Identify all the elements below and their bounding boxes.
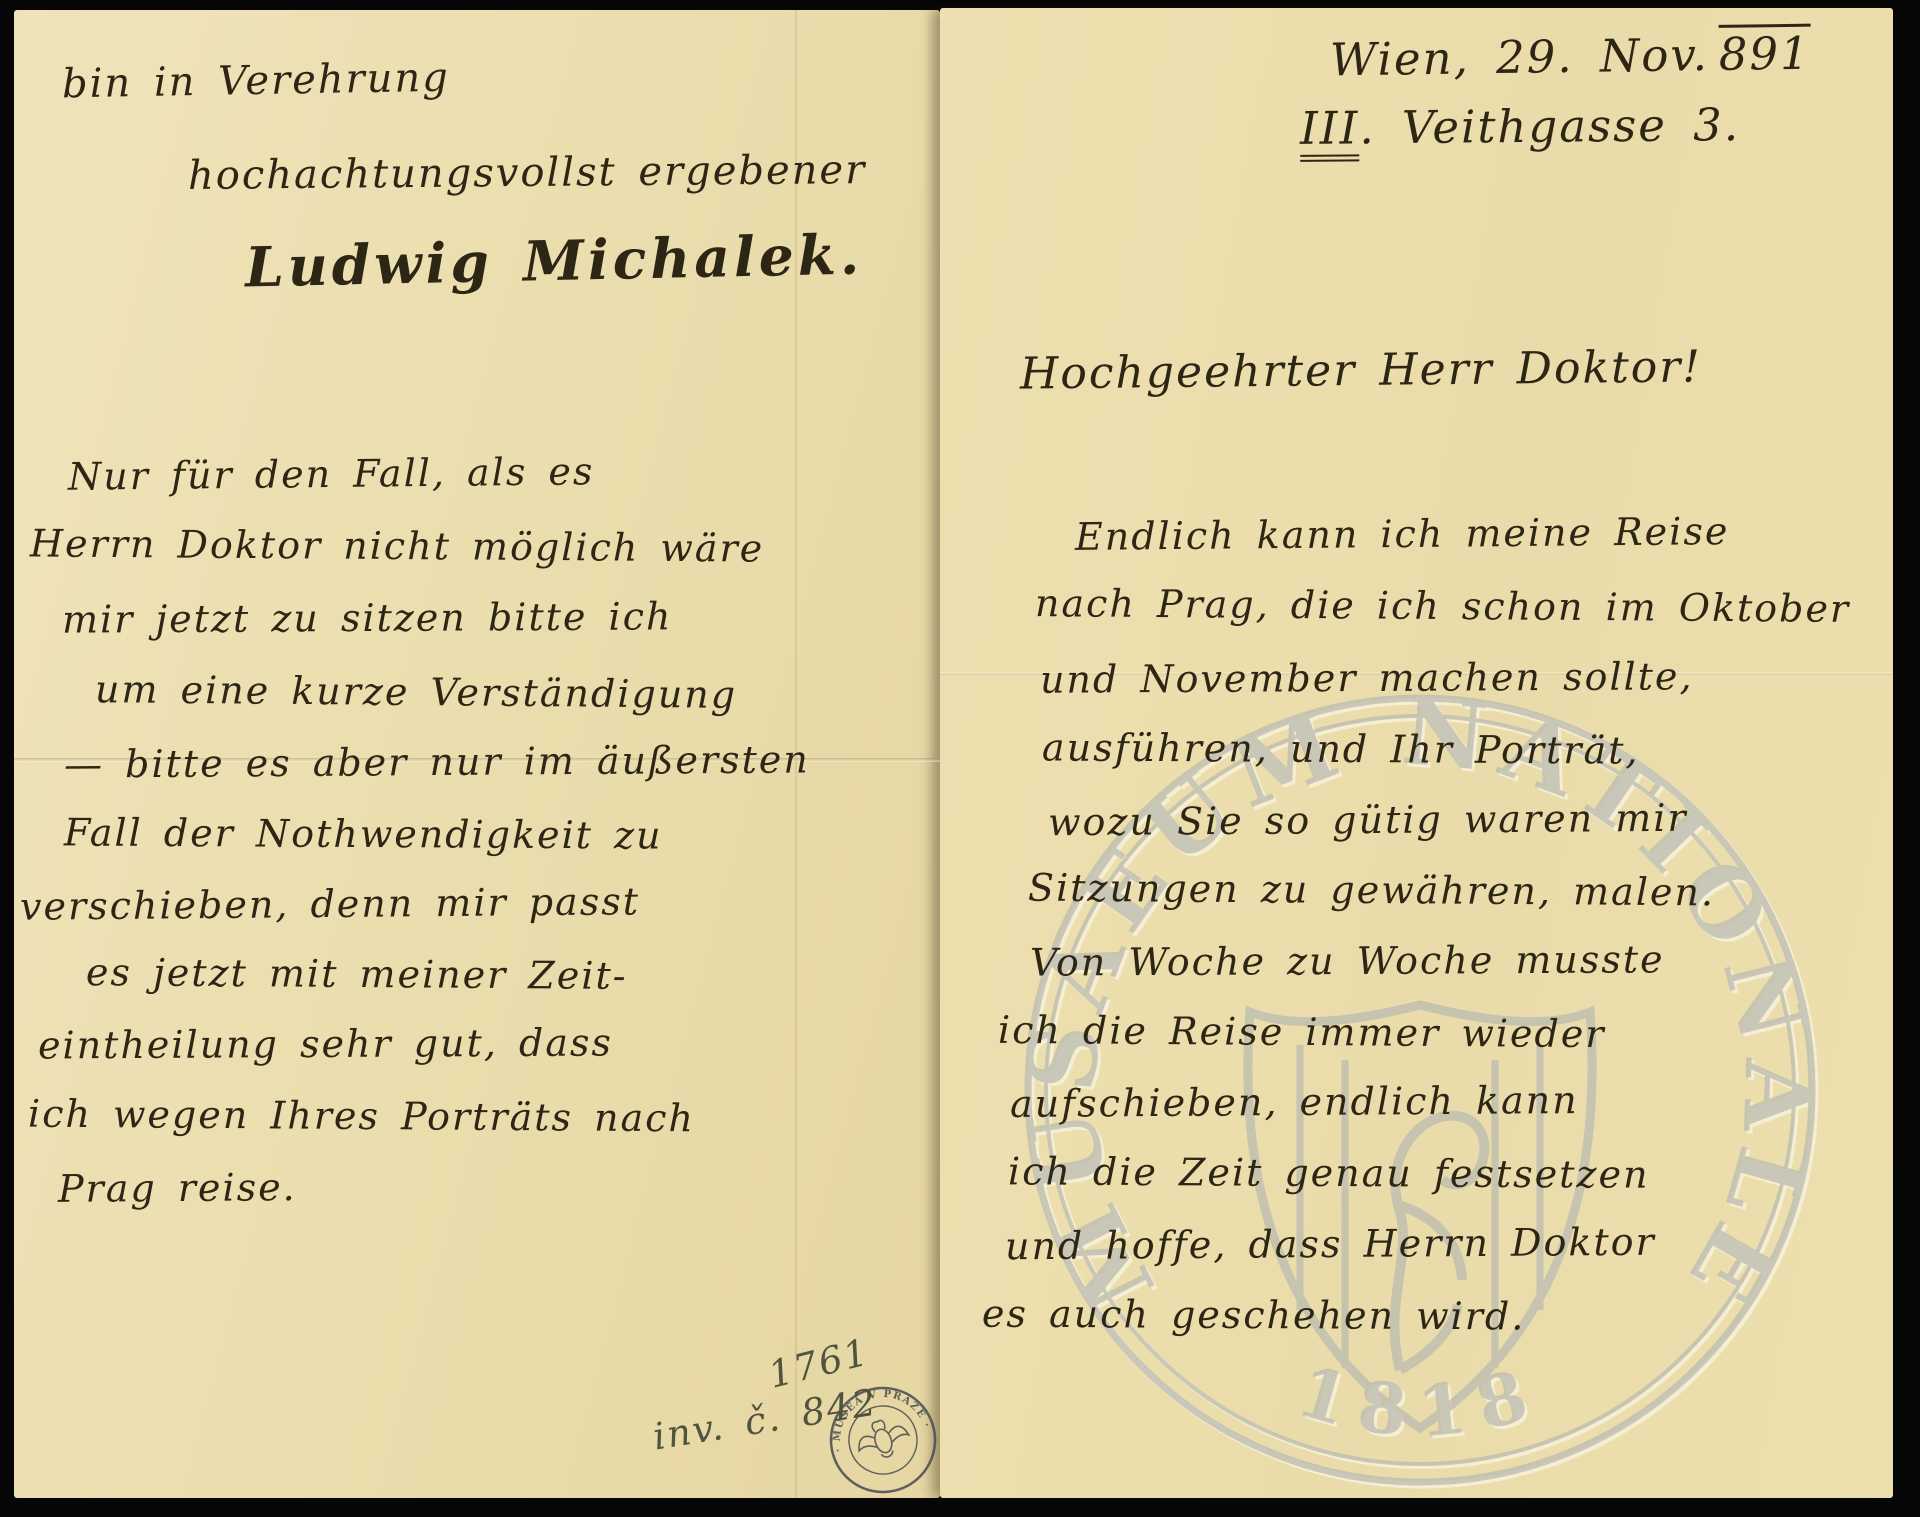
left-page [14,10,940,1498]
letter-scan-photo: { "document_type": "handwritten letter s… [0,0,1920,1517]
right-page [940,8,1893,1498]
